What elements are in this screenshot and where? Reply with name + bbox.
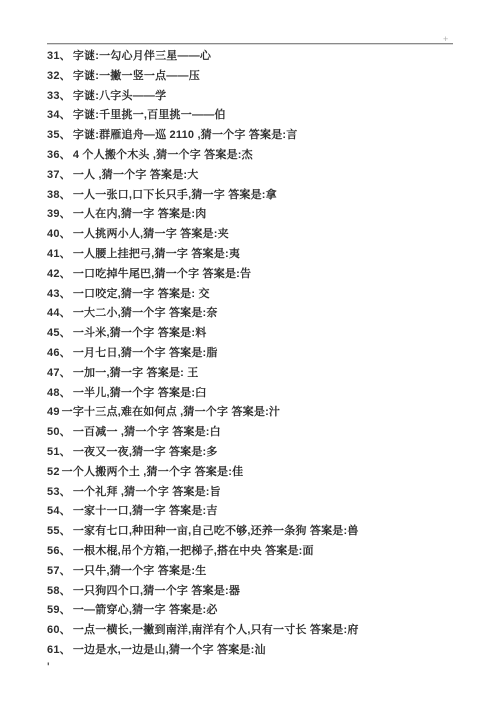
riddle-text: 一只牛,猜一个字 答案是:生 xyxy=(73,565,207,577)
riddle-line: 61、一边是水,一边是山,猜一个字 答案是:汕 xyxy=(47,641,487,661)
riddle-line: 59、一—箭穿心,猜一字 答案是:必 xyxy=(47,601,487,621)
riddle-number: 51、 xyxy=(47,443,71,463)
riddle-text: 一家十一口,猜一字 答案是:吉 xyxy=(73,505,218,517)
riddle-text: 一斗米,猜一个字 答案是:料 xyxy=(73,327,207,339)
riddle-number: 35、 xyxy=(47,126,71,146)
riddle-number: 54、 xyxy=(47,502,71,522)
riddle-line: 37、一人 ,猜一个字 答案是:大 xyxy=(47,166,487,186)
riddle-line: 48、一半儿,猜一个字 答案是:臼 xyxy=(47,384,487,404)
riddle-line: 43、一口咬定,猜一字 答案是: 交 xyxy=(47,285,487,305)
riddle-line: 54、一家十一口,猜一字 答案是:吉 xyxy=(47,502,487,522)
document-page: + 31、字谜:一勾心月伴三星——心32、字谜:一撇一竖一点——压33、字谜:八… xyxy=(0,0,500,708)
riddle-text: 一只狗四个口,猜一个字 答案是:器 xyxy=(73,585,240,597)
riddle-number: 50、 xyxy=(47,423,71,443)
riddle-line: 47、一加一,猜一字 答案是: 王 xyxy=(47,364,487,384)
riddle-line: 33、字谜:八字头——学 xyxy=(47,87,487,107)
riddle-number: 34、 xyxy=(47,106,71,126)
riddle-text: 一点一横长,一撇到南洋,南洋有个人,只有一寸长 答案是:府 xyxy=(73,624,359,636)
riddle-number: 33、 xyxy=(47,87,71,107)
riddle-text: 字谜:八字头——学 xyxy=(73,90,166,102)
riddle-line: 40、一人挑两小人,猜一字 答案是:夹 xyxy=(47,225,487,245)
riddle-text: 一夜又一夜,猜一字 答案是:多 xyxy=(73,446,218,458)
riddle-number: 45、 xyxy=(47,324,71,344)
riddle-text: 字谜:一撇一竖一点——压 xyxy=(73,70,200,82)
riddle-line: 45、一斗米,猜一个字 答案是:料 xyxy=(47,324,487,344)
riddle-number: 59、 xyxy=(47,601,71,621)
riddle-number: 52 xyxy=(47,463,60,483)
riddle-line: 49一字十三点,难在如何点 ,猜一个字 答案是:汁 xyxy=(47,403,487,423)
riddle-number: 46、 xyxy=(47,344,71,364)
riddle-text: 字谜:群雁追舟—巡 2110 ,猜一个字 答案是:言 xyxy=(73,129,298,141)
riddle-number: 57、 xyxy=(47,562,71,582)
riddle-text: 一大二小,猜一个字 答案是:奈 xyxy=(73,307,218,319)
riddle-line: 32、字谜:一撇一竖一点——压 xyxy=(47,67,487,87)
riddle-number: 44、 xyxy=(47,304,71,324)
riddle-line: 55、一家有七口,种田种一亩,自己吃不够,还养一条狗 答案是:兽 xyxy=(47,522,487,542)
riddle-text: 字谜:千里挑一,百里挑一——伯 xyxy=(73,109,226,121)
riddle-number: 60、 xyxy=(47,621,71,641)
riddle-text: 一个人搬两个土 ,猜一个字 答案是:佳 xyxy=(62,466,244,478)
riddle-number: 32、 xyxy=(47,67,71,87)
riddle-text: 一半儿,猜一个字 答案是:臼 xyxy=(73,387,207,399)
riddle-text: 一字十三点,难在如何点 ,猜一个字 答案是:汁 xyxy=(62,406,281,418)
riddle-number: 37、 xyxy=(47,166,71,186)
riddle-number: 42、 xyxy=(47,265,71,285)
riddle-number: 43、 xyxy=(47,285,71,305)
riddle-line: 57、一只牛,猜一个字 答案是:生 xyxy=(47,562,487,582)
riddle-text: 一家有七口,种田种一亩,自己吃不够,还养一条狗 答案是:兽 xyxy=(73,525,359,537)
riddle-number: 61、 xyxy=(47,641,71,661)
riddle-text: 一根木棍,吊个方箱,一把梯子,搭在中央 答案是:面 xyxy=(73,545,314,557)
riddle-line: 60、一点一横长,一撇到南洋,南洋有个人,只有一寸长 答案是:府 xyxy=(47,621,487,641)
riddle-line: 38、一人一张口,口下长只手,猜一字 答案是:拿 xyxy=(47,186,487,206)
riddle-text: 4 个人搬个木头 ,猜一个字 答案是:杰 xyxy=(73,149,253,161)
riddle-number: 38、 xyxy=(47,186,71,206)
riddle-number: 40、 xyxy=(47,225,71,245)
riddle-line: 36、4 个人搬个木头 ,猜一个字 答案是:杰 xyxy=(47,146,487,166)
riddle-text: 一人腰上挂把弓,猜一字 答案是:夷 xyxy=(73,248,240,260)
riddle-line: 46、一月七日,猜一个字 答案是:脂 xyxy=(47,344,487,364)
riddle-text: 一—箭穿心,猜一字 答案是:必 xyxy=(73,604,218,616)
riddle-line: 31、字谜:一勾心月伴三星——心 xyxy=(47,47,487,67)
riddle-number: 56、 xyxy=(47,542,71,562)
riddle-text: 一百减一 ,猜一个字 答案是:白 xyxy=(73,426,221,438)
riddle-line: 34、字谜:千里挑一,百里挑一——伯 xyxy=(47,106,487,126)
riddle-line: 41、一人腰上挂把弓,猜一字 答案是:夷 xyxy=(47,245,487,265)
riddle-text: 一口吃掉牛尾巴,猜一个字 答案是:告 xyxy=(73,268,251,280)
riddle-line: 44、一大二小,猜一个字 答案是:奈 xyxy=(47,304,487,324)
riddle-number: 55、 xyxy=(47,522,71,542)
riddle-number: 58、 xyxy=(47,582,71,602)
riddle-number: 47、 xyxy=(47,364,71,384)
crop-mark-icon: + xyxy=(443,34,448,44)
top-horizontal-rule xyxy=(47,43,453,45)
riddle-line: 52一个人搬两个土 ,猜一个字 答案是:佳 xyxy=(47,463,487,483)
riddle-list: 31、字谜:一勾心月伴三星——心32、字谜:一撇一竖一点——压33、字谜:八字头… xyxy=(47,47,487,675)
riddle-line: 56、一根木棍,吊个方箱,一把梯子,搭在中央 答案是:面 xyxy=(47,542,487,562)
riddle-line: 53、一个礼拜 ,猜一个字 答案是:旨 xyxy=(47,483,487,503)
riddle-text: 一人一张口,口下长只手,猜一字 答案是:拿 xyxy=(73,189,277,201)
riddle-number: 39、 xyxy=(47,205,71,225)
riddle-text: 一人挑两小人,猜一字 答案是:夹 xyxy=(73,228,229,240)
riddle-line: 39、一人在内,猜一字 答案是:肉 xyxy=(47,205,487,225)
riddle-line: 42、一口吃掉牛尾巴,猜一个字 答案是:告 xyxy=(47,265,487,285)
stray-apostrophe-mark: ' xyxy=(47,661,487,675)
riddle-text: 一人在内,猜一字 答案是:肉 xyxy=(73,208,207,220)
riddle-line: 58、一只狗四个口,猜一个字 答案是:器 xyxy=(47,582,487,602)
riddle-text: 一月七日,猜一个字 答案是:脂 xyxy=(73,347,218,359)
riddle-number: 49 xyxy=(47,403,60,423)
riddle-number: 53、 xyxy=(47,483,71,503)
riddle-line: 35、字谜:群雁追舟—巡 2110 ,猜一个字 答案是:言 xyxy=(47,126,487,146)
riddle-text: 一个礼拜 ,猜一个字 答案是:旨 xyxy=(73,486,221,498)
riddle-text: 一加一,猜一字 答案是: 王 xyxy=(73,367,199,379)
riddle-number: 48、 xyxy=(47,384,71,404)
riddle-number: 36、 xyxy=(47,146,71,166)
riddle-text: 一口咬定,猜一字 答案是: 交 xyxy=(73,288,210,300)
riddle-text: 字谜:一勾心月伴三星——心 xyxy=(73,50,211,62)
riddle-line: 50、一百减一 ,猜一个字 答案是:白 xyxy=(47,423,487,443)
riddle-number: 41、 xyxy=(47,245,71,265)
riddle-number: 31、 xyxy=(47,47,71,67)
riddle-text: 一边是水,一边是山,猜一个字 答案是:汕 xyxy=(73,644,266,656)
riddle-line: 51、一夜又一夜,猜一字 答案是:多 xyxy=(47,443,487,463)
riddle-text: 一人 ,猜一个字 答案是:大 xyxy=(73,169,199,181)
